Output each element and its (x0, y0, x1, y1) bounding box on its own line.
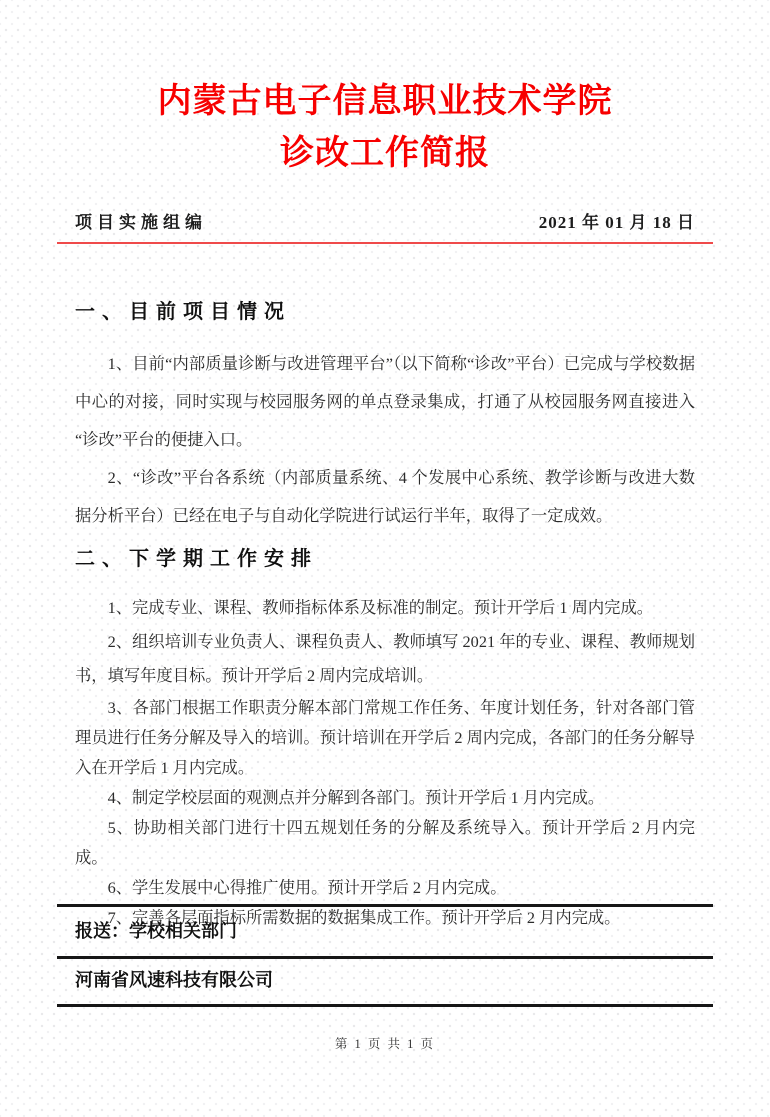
section-1-paragraph: 2、“诊改”平台各系统（内部质量系统、4 个发展中心系统、教学诊断与改进大数据分… (57, 459, 713, 535)
document-content: 内蒙古电子信息职业技术学院 诊改工作简报 项目实施组编 2021 年 01 月 … (57, 0, 713, 933)
document-page: 内蒙古电子信息职业技术学院 诊改工作简报 项目实施组编 2021 年 01 月 … (0, 0, 770, 1117)
publisher-line: 河南省风速科技有限公司 (57, 959, 713, 1004)
section-2-heading: 二、下学期工作安排 (57, 543, 713, 575)
work-item-list: 1、完成专业、课程、教师指标体系及标准的制定。预计开学后 1 周内完成。 2、组… (57, 591, 713, 933)
page-number: 第 1 页 共 1 页 (57, 1034, 713, 1052)
work-item: 3、各部门根据工作职责分解本部门常规工作任务、年度计划任务，针对各部门管理员进行… (57, 693, 713, 783)
footer-bottom-rule (57, 1004, 713, 1007)
work-item: 1、完成专业、课程、教师指标体系及标准的制定。预计开学后 1 周内完成。 (57, 591, 713, 625)
work-item: 2、组织培训专业负责人、课程负责人、教师填写 2021 年的专业、课程、教师规划… (57, 625, 713, 693)
work-item: 6、学生发展中心得推广使用。预计开学后 2 月内完成。 (57, 873, 713, 903)
meta-row: 项目实施组编 2021 年 01 月 18 日 (57, 210, 713, 236)
issuer-label: 项目实施组编 (75, 210, 207, 236)
section-1-paragraph: 1、目前“内部质量诊断与改进管理平台”（以下简称“诊改”平台）已完成与学校数据中… (57, 345, 713, 459)
document-footer: 报送：学校相关部门 河南省风速科技有限公司 (57, 904, 713, 1007)
section-1-heading: 一、目前项目情况 (57, 296, 713, 328)
document-title-line-2: 诊改工作简报 (57, 126, 713, 180)
document-title-line-1: 内蒙古电子信息职业技术学院 (57, 76, 713, 126)
work-item: 5、协助相关部门进行十四五规划任务的分解及系统导入。预计开学后 2 月内完成。 (57, 813, 713, 873)
document-title: 内蒙古电子信息职业技术学院 诊改工作简报 (57, 0, 713, 180)
report-to-line: 报送：学校相关部门 (57, 907, 713, 956)
work-item: 4、制定学校层面的观测点并分解到各部门。预计开学后 1 月内完成。 (57, 783, 713, 813)
date-label: 2021 年 01 月 18 日 (539, 210, 695, 236)
red-divider-rule (57, 242, 713, 244)
